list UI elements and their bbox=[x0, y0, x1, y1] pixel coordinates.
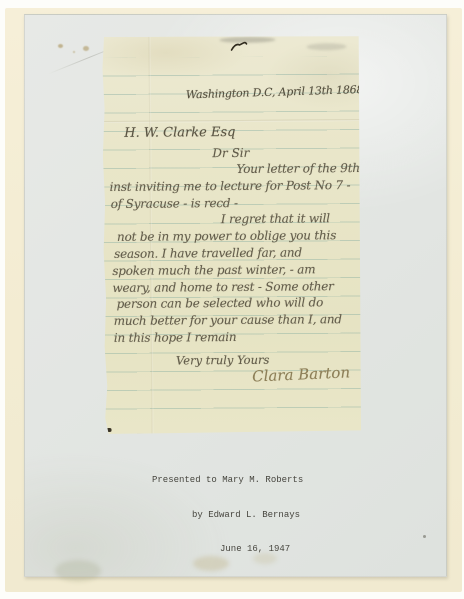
letter-salutation: Dr Sir bbox=[212, 146, 249, 160]
letter-photograph: Washington D.C, April 13th 1868. H. W. C… bbox=[0, 0, 464, 599]
inscription-line: Presented to Mary M. Roberts bbox=[152, 475, 303, 487]
letter-body-line: weary, and home to rest - Some other bbox=[112, 279, 359, 298]
letter-body-line: spoken much the past winter, - am bbox=[112, 262, 359, 281]
letter-body: Your letter of the 9th inst inviting me … bbox=[108, 161, 359, 348]
ink-dot bbox=[423, 535, 426, 538]
paper-stain bbox=[55, 560, 101, 582]
letter-closing: Very truly Yours bbox=[176, 353, 269, 368]
letter-body-line: person can be selected who will do bbox=[116, 295, 359, 314]
letter-body-line: of Syracuse - is recd - bbox=[111, 195, 359, 214]
letter-body-line: inst inviting me to lecture for Post No … bbox=[110, 178, 359, 197]
letter-body-line: much better for your cause than I, and bbox=[114, 312, 360, 331]
letter-body-line: Your letter of the 9th bbox=[236, 161, 358, 179]
letter-body-line: I regret that it will bbox=[221, 211, 359, 229]
inscription-line: by Edward L. Bernays bbox=[192, 510, 303, 522]
letter-body-line: not be in my power to oblige you this bbox=[117, 228, 359, 247]
foxing-spot bbox=[73, 51, 75, 53]
ink-mark bbox=[229, 40, 249, 52]
foxing-spot bbox=[58, 44, 63, 48]
pencil-smudge bbox=[307, 43, 347, 50]
letter-body-line: in this hope I remain bbox=[114, 329, 360, 348]
foxing-spot bbox=[83, 46, 89, 51]
inscription-line: June 16, 1947 bbox=[220, 544, 303, 556]
letter-paper: Washington D.C, April 13th 1868. H. W. C… bbox=[101, 35, 362, 434]
letter-body-line: season. I have travelled far, and bbox=[114, 245, 359, 264]
presentation-inscription: Presented to Mary M. Roberts by Edward L… bbox=[152, 452, 303, 579]
letter-recipient: H. W. Clarke Esq bbox=[124, 125, 235, 141]
